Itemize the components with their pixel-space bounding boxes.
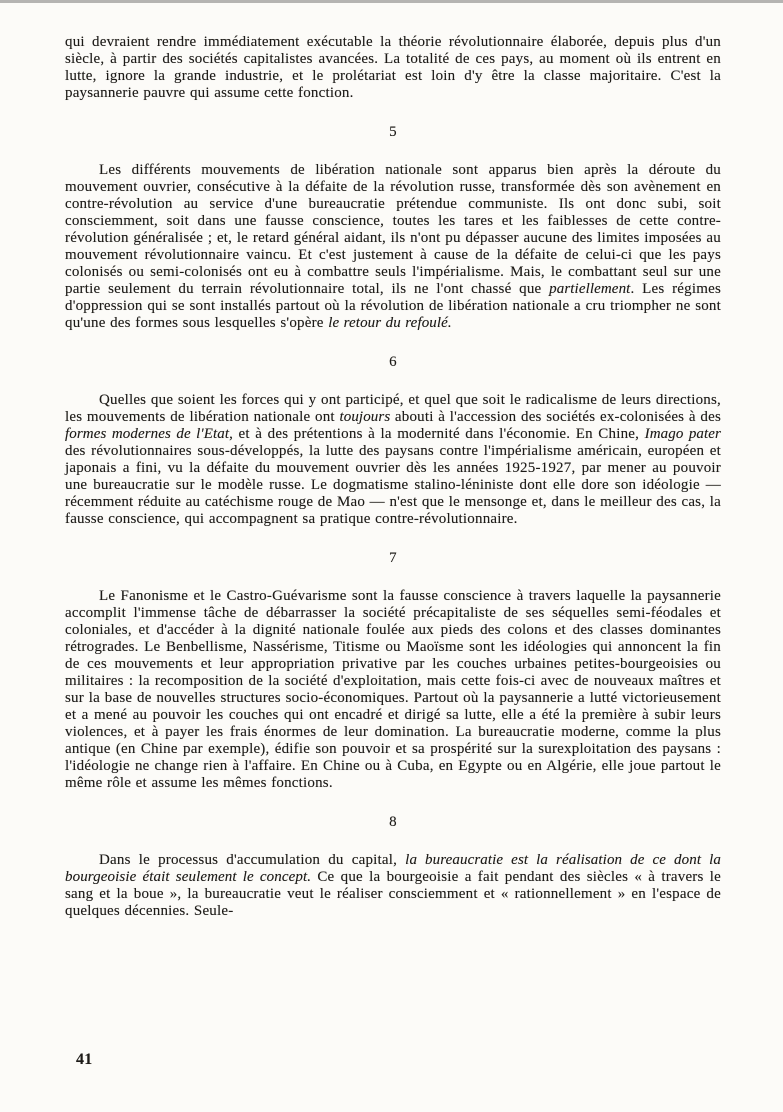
text-segment: , et à des prétentions à la modernité da… xyxy=(229,426,644,442)
text-segment: des révolutionnaires sous-développés, la… xyxy=(65,443,721,527)
paragraph-section-8: Dans le processus d'accumulation du capi… xyxy=(65,852,721,920)
scanned-book-page: { "page": { "number": "41" }, "content":… xyxy=(0,0,783,1112)
paragraph-continuation: qui devraient rendre immédiatement exécu… xyxy=(65,34,721,102)
section-number-5: 5 xyxy=(65,124,721,141)
text-segment: qui devraient rendre immédiatement exécu… xyxy=(65,34,721,101)
text-segment: Les différents mouvements de libération … xyxy=(65,162,721,297)
italic-text-segment: le retour du refoulé. xyxy=(328,315,452,331)
section-number-6: 6 xyxy=(65,354,721,371)
text-segment: abouti à l'accession des sociétés ex-col… xyxy=(390,409,721,425)
italic-text-segment: partiellement xyxy=(549,281,630,297)
italic-text-segment: toujours xyxy=(339,409,390,425)
italic-text-segment: Imago pater xyxy=(645,426,721,442)
page-number: 41 xyxy=(76,1051,93,1069)
paragraph-section-5: Les différents mouvements de libération … xyxy=(65,162,721,332)
scan-edge-artifact xyxy=(0,0,783,3)
italic-text-segment: formes modernes de l'Etat xyxy=(65,426,229,442)
text-segment: Le Fanonisme et le Castro-Guévarisme son… xyxy=(65,588,721,791)
paragraph-section-6: Quelles que soient les forces qui y ont … xyxy=(65,392,721,528)
text-column: qui devraient rendre immédiatement exécu… xyxy=(65,34,721,920)
section-number-8: 8 xyxy=(65,814,721,831)
paragraph-section-7: Le Fanonisme et le Castro-Guévarisme son… xyxy=(65,588,721,792)
text-segment: Dans le processus d'accumulation du capi… xyxy=(99,852,405,868)
section-number-7: 7 xyxy=(65,550,721,567)
